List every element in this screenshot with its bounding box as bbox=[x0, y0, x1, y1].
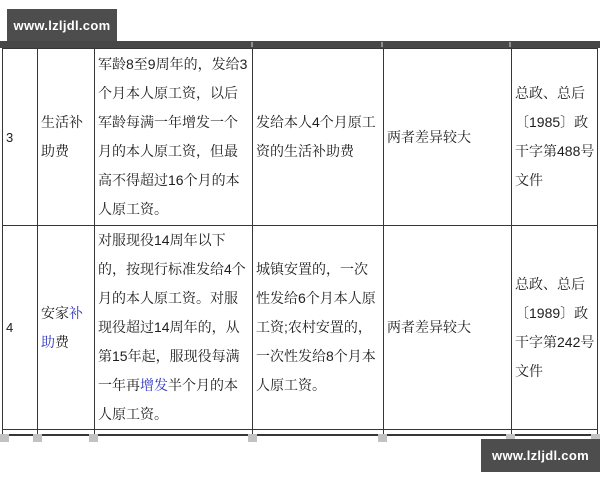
text-segment: 生活补助费 bbox=[41, 114, 83, 159]
column-divider-notch bbox=[509, 42, 511, 47]
table-row: 3 生活补助费 军龄8至9周年的，发给3个月本人原工资，以后军龄每满一年增发一个… bbox=[3, 49, 598, 226]
cutoff-row-bar bbox=[0, 41, 600, 48]
empty-cell bbox=[95, 430, 253, 436]
text-segment: 费 bbox=[55, 334, 69, 350]
empty-cell bbox=[253, 430, 384, 436]
empty-cell bbox=[512, 430, 598, 436]
standard-text-cell: 军龄8至9周年的，发给3个月本人原工资，以后军龄每满一年增发一个月的本人原工资，… bbox=[95, 49, 253, 226]
column-divider-notch bbox=[251, 42, 253, 47]
column-divider-notch bbox=[381, 42, 383, 47]
column-handle bbox=[0, 434, 9, 442]
watermark-bottom: www.lzljdl.com bbox=[481, 439, 600, 472]
alt-standard-cell: 发给本人4个月原工资的生活补助费 bbox=[253, 49, 384, 226]
source-doc-cell: 总政、总后〔1989〕政干字第242号文件 bbox=[512, 226, 598, 430]
column-handle bbox=[378, 434, 387, 442]
empty-cell bbox=[384, 430, 512, 436]
difference-cell: 两者差异较大 bbox=[384, 49, 512, 226]
table-row: 4 安家补助费 对服现役14周年以下的，按现行标准发给4个月的本人原工资。对服现… bbox=[3, 226, 598, 430]
column-handle bbox=[89, 434, 98, 442]
text-segment: 对服现役14周年以下的，按现行标准发给4个月的本人原工资。对服现役超过14周年的… bbox=[98, 232, 246, 393]
text-segment: 军龄8至9周年的，发给3个月本人原工资，以后军龄每满一年增发一个月的本人原工资，… bbox=[98, 56, 247, 217]
empty-cell bbox=[38, 430, 95, 436]
keyword-link[interactable]: 增发 bbox=[140, 377, 168, 393]
alt-standard-cell: 城镇安置的，一次性发给6个月本人原工资;农村安置的，一次性发给8个月本人原工资。 bbox=[253, 226, 384, 430]
watermark-top: www.lzljdl.com bbox=[7, 9, 117, 41]
source-doc-cell: 总政、总后〔1985〕政干字第488号文件 bbox=[512, 49, 598, 226]
item-name-cell: 安家补助费 bbox=[38, 226, 95, 430]
column-handle bbox=[33, 434, 42, 442]
column-handle bbox=[248, 434, 257, 442]
row-number-cell: 3 bbox=[3, 49, 38, 226]
benefits-comparison-table: 3 生活补助费 军龄8至9周年的，发给3个月本人原工资，以后军龄每满一年增发一个… bbox=[2, 48, 598, 436]
row-number-cell: 4 bbox=[3, 226, 38, 430]
difference-cell: 两者差异较大 bbox=[384, 226, 512, 430]
text-segment: 安家 bbox=[41, 305, 69, 321]
standard-text-cell: 对服现役14周年以下的，按现行标准发给4个月的本人原工资。对服现役超过14周年的… bbox=[95, 226, 253, 430]
item-name-cell: 生活补助费 bbox=[38, 49, 95, 226]
